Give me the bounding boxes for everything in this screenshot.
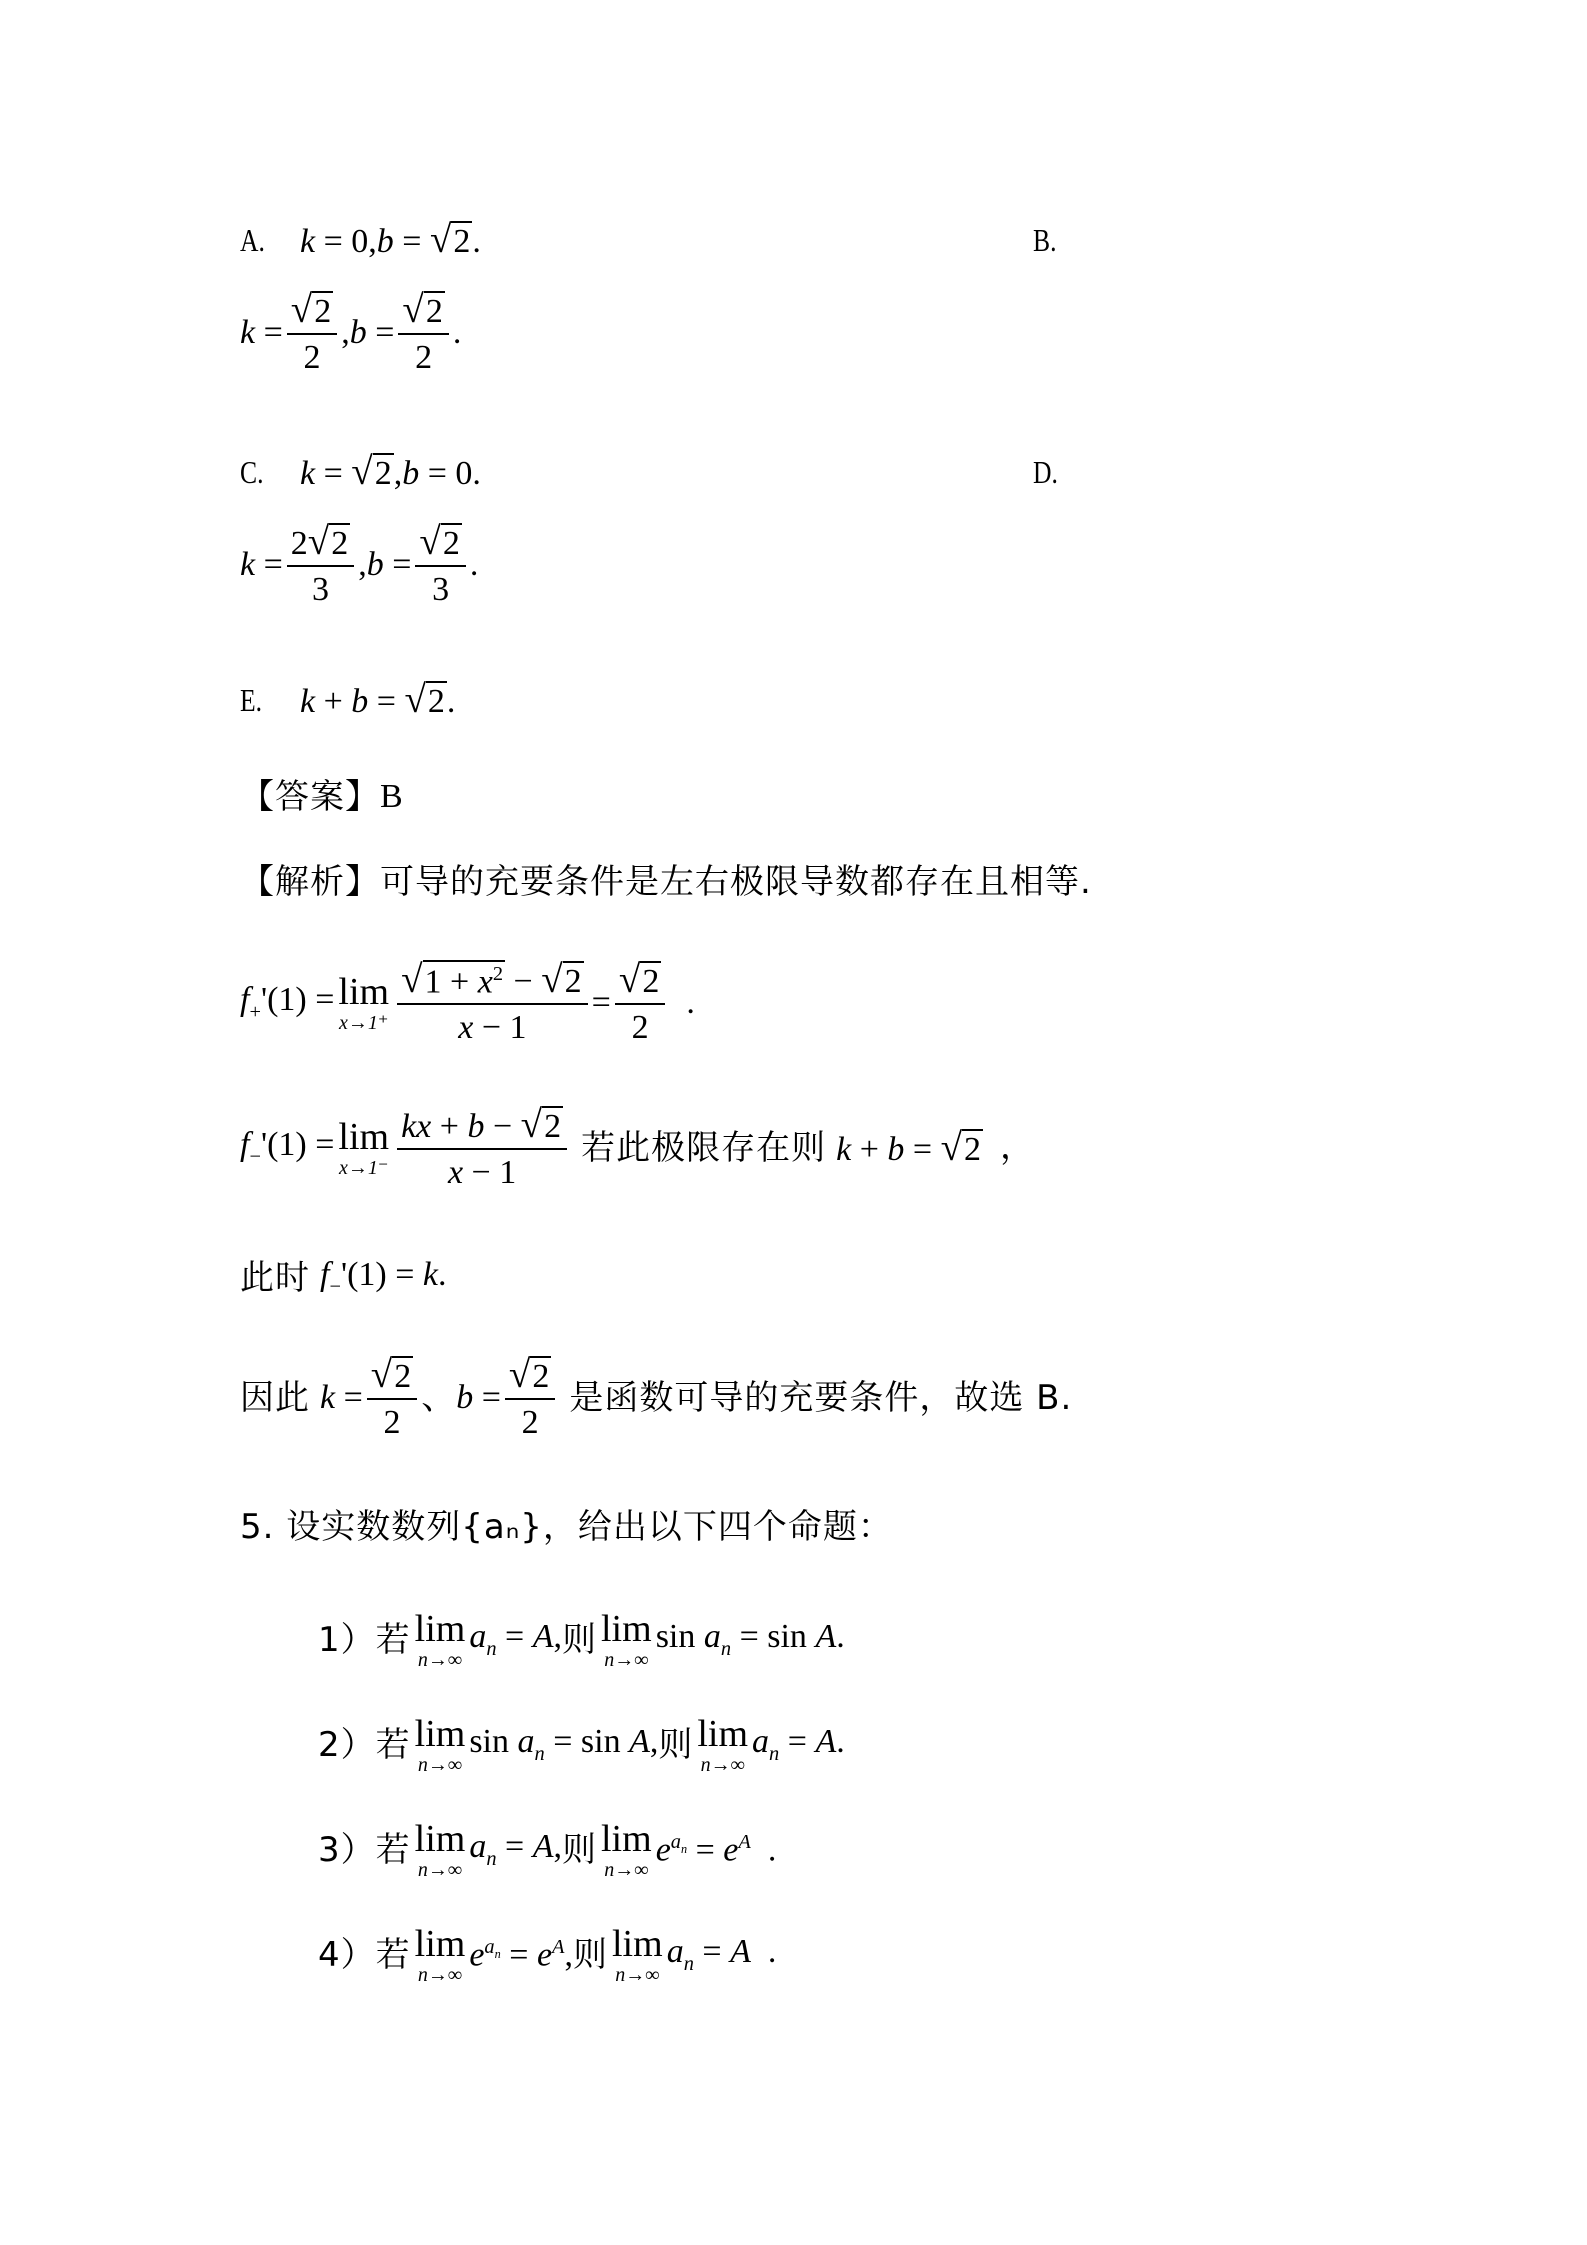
conclusion-line: 因此 k = √22 、 b = √22 是函数可导的充要条件，故选 B. [240,1355,1072,1440]
conclusion-text: 因此 [240,1381,310,1415]
question5-stem: 5. 设实数数列{aₙ}，给出以下四个命题： [240,1510,893,1544]
left-derivative: f−'(1) = limx→1⁻ kx + b − √2x − 1 若此极限存在… [240,1105,1034,1190]
answer-line: 【答案】 B [240,780,403,814]
question5-item-1: 1） 若 limn→∞ an = A,则 limn→∞ sin an = sin… [318,1610,845,1670]
option-b-label: B. [1033,222,1056,259]
answer-prefix: 【答案】 [240,780,380,814]
question5-item-2: 2） 若 limn→∞ sin an = sin A,则 limn→∞ an =… [318,1715,845,1775]
right-derivative: f+'(1) = limx→1⁺ √1 + x2 − √2x − 1 = √22… [240,960,695,1045]
question5-item-4: 4） 若 limn→∞ ean = eA,则 limn→∞ an = A . [318,1925,776,1985]
conclusion-tail: 是函数可导的充要条件，故选 B. [569,1381,1072,1415]
option-c-label: C. [240,456,269,488]
option-d-formula: k = 2√23 ,b = √23. [240,522,478,607]
then-text: 此时 [240,1261,310,1295]
option-e-label: E. [240,684,269,716]
question5-stem-text: 5. 设实数数列{aₙ}，给出以下四个命题： [240,1510,893,1544]
option-d-label: D. [1033,454,1058,491]
analysis-prefix: 【解析】 [240,865,380,899]
option-a-label: A. [240,224,269,256]
option-b-formula: k = √22 ,b = √22. [240,290,461,375]
then-line: 此时 f−'(1) = k. [240,1258,447,1297]
option-e: E. k + b = √2. [240,680,455,719]
option-a: A. k = 0,b = √2. [240,220,481,259]
analysis-intro: 【解析】 可导的充要条件是左右极限导数都存在且相等. [240,865,1092,899]
option-c: C. k = √2,b = 0. [240,452,481,491]
answer-value: B [380,780,403,814]
question5-item-3: 3） 若 limn→∞ an = A,则 limn→∞ ean = eA . [318,1820,776,1880]
analysis-intro-text: 可导的充要条件是左右极限导数都存在且相等. [380,865,1092,899]
left-cond-text: 若此极限存在则 [581,1131,826,1165]
